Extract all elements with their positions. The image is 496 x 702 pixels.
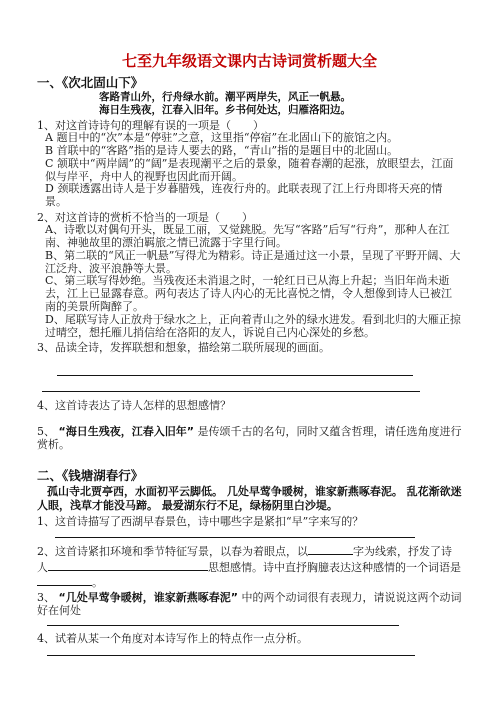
section1-heading: 一、《次北固山下》 [37,75,462,91]
section-cibeigushanxia: 一、《次北固山下》 客路青山外，行舟绿水前。潮平两岸失，风正一帆悬。 海日生残夜… [37,75,462,451]
fill-blank [37,574,92,586]
poem-line: 海日生残夜，江春入旧年。乡书何处达，归雁洛阳边。 [99,104,462,117]
answer-line [47,625,399,626]
poem-text: 孤山寺北贾亭西，水面初平云脚低。 几处早莺争暖树，谁家新燕啄春泥。 乱花渐欲迷人… [37,485,462,513]
document-page: 七至九年级语文课内古诗词赏析题大全 一、《次北固山下》 客路青山外，行舟绿水前。… [0,0,496,702]
question-text: 2、这首诗紧扣环境和季节特征写景，以春为着眼点，以 [37,545,308,558]
question-4-stem: 4、这首诗表达了诗人怎样的思想感情？ [37,399,462,412]
page-title: 七至九年级语文课内古诗词赏析题大全 [37,52,462,70]
question-text: 。 [92,576,103,589]
poem-line: 客路青山外，行舟绿水前。潮平两岸失，风正一帆悬。 [99,91,462,104]
answer-line [47,655,415,656]
answer-line [42,391,420,392]
question-text: 思想感情。诗中直抒胸臆表达这种感情的一个词语是 [208,561,461,574]
question-1-option-b: B 首联中的“客路”指的是诗人要去的路，“青山”指的是题目中的北固山。 [45,145,462,158]
question-2-stem: 2、这首诗紧扣环境和季节特征写景，以春为着眼点，以字为线索，抒发了诗人思想感情。… [37,543,462,589]
question-5-stem: 5、 “海日生残夜，江春入旧年” 是传颂千古的名句，同时又蕴含哲理，请任选角度进… [37,425,462,451]
question-1-stem: 1、这首诗描写了西湖早春景色，诗中哪些字是紧扣“早”字来写的？ [37,515,462,528]
question-2-option-a: A、诗歌以对偶句开头，既显工丽，又觉跳脱。先写“客路”后写“行舟”，那种人在江南… [45,224,462,250]
question-2-option-c: C、第三联写得妙绝。当残夜还未消退之时，一轮红日已从海上升起；当旧年尚未逝去，江… [45,275,462,313]
question-2-option-d: D、尾联写诗人正放舟于绿水之上，正向着青山之外的绿水进发。看到北归的大雁正掠过晴… [45,314,462,340]
question-4-stem: 4、试着从某一个角度对本诗写作上的特点作一点分析。 [37,632,462,645]
question-1-option-d: D 颈联透露出诗人是于岁暮腊残，连夜行舟的。此联表现了江上行舟即将天亮的情景。 [45,183,462,209]
fill-blank [48,559,208,571]
question-3-stem: 3、品读全诗，发挥联想和想象，描绘第二联所展现的画面。 [37,341,462,354]
question-2-option-b: B、第二联的“风正一帆悬”写得尤为精彩。诗正是通过这一小景，呈现了平野开阔、大江… [45,250,462,276]
quoted-verse: “几处早莺争暖树，谁家新燕啄春泥” [59,591,238,604]
question-number: 5、 [37,425,59,438]
section-qiantanghuchunxing: 二、《钱塘湖春行》 孤山寺北贾亭西，水面初平云脚低。 几处早莺争暖树，谁家新燕啄… [37,468,462,655]
question-3-stem: 3、 “几处早莺争暖树，谁家新燕啄春泥” 中的两个动词很有表现力，请说说这两个动… [37,591,462,617]
section2-heading: 二、《钱塘湖春行》 [37,468,462,484]
question-1-option-c: C 颔联中“两岸阔”的“阔”是表现潮平之后的景象，随着春潮的起涨，放眼望去，江面… [45,158,462,184]
quoted-verse: “海日生残夜，江春入旧年” [59,425,194,438]
fill-blank [308,543,353,555]
answer-line [55,537,415,538]
answer-line [57,375,413,376]
question-number: 3、 [37,591,59,604]
